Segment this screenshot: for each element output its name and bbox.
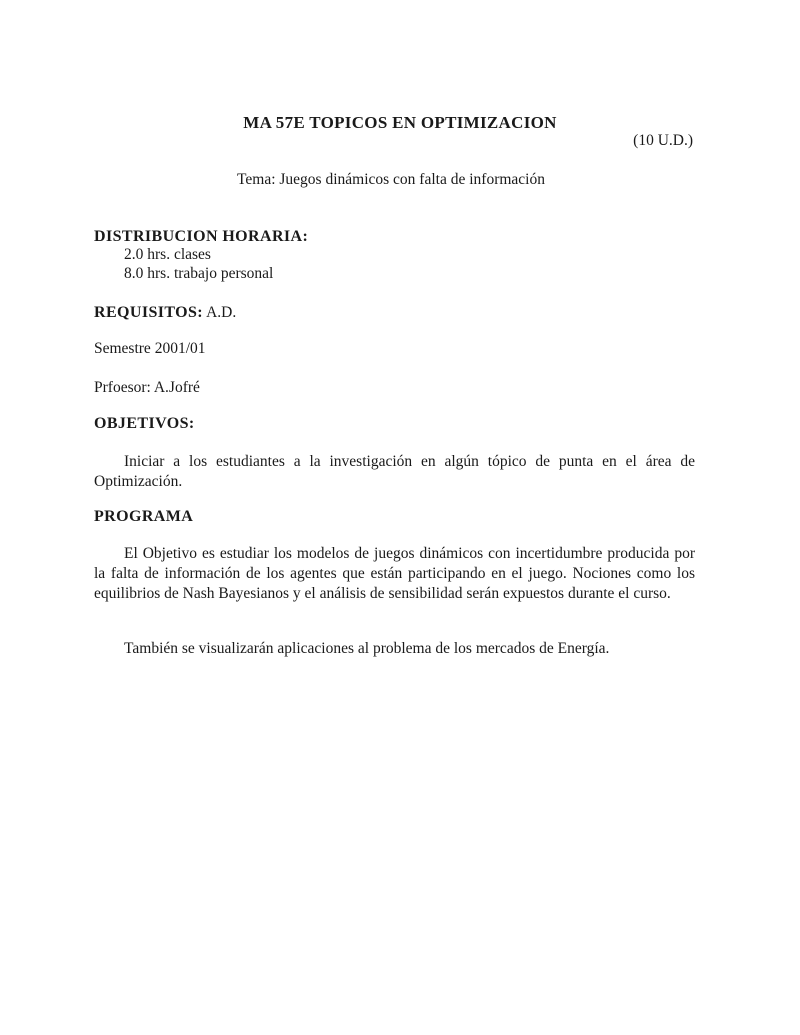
distribucion-item: 8.0 hrs. trabajo personal bbox=[124, 265, 273, 283]
programa-heading: PROGRAMA bbox=[94, 508, 193, 526]
programa-paragraph: También se visualizarán aplicaciones al … bbox=[94, 639, 695, 659]
distribucion-heading: DISTRIBUCION HORARIA: bbox=[94, 228, 308, 246]
programa-paragraph: El Objetivo es estudiar los modelos de j… bbox=[94, 544, 695, 603]
course-topic: Tema: Juegos dinámicos con falta de info… bbox=[0, 171, 782, 189]
objetivos-heading: OBJETIVOS: bbox=[94, 415, 195, 433]
requisitos-line: REQUISITOS: A.D. bbox=[94, 302, 236, 322]
requisitos-heading: REQUISITOS: bbox=[94, 304, 203, 321]
objetivos-text: Iniciar a los estudiantes a la investiga… bbox=[94, 452, 695, 492]
course-title: MA 57E TOPICOS EN OPTIMIZACION bbox=[0, 113, 800, 133]
document-page: MA 57E TOPICOS EN OPTIMIZACION (10 U.D.)… bbox=[0, 0, 800, 1035]
semestre: Semestre 2001/01 bbox=[94, 340, 206, 358]
profesor: Prfoesor: A.Jofré bbox=[94, 379, 200, 397]
requisitos-value: A.D. bbox=[203, 304, 236, 321]
course-units: (10 U.D.) bbox=[633, 132, 693, 150]
distribucion-item: 2.0 hrs. clases bbox=[124, 246, 211, 264]
